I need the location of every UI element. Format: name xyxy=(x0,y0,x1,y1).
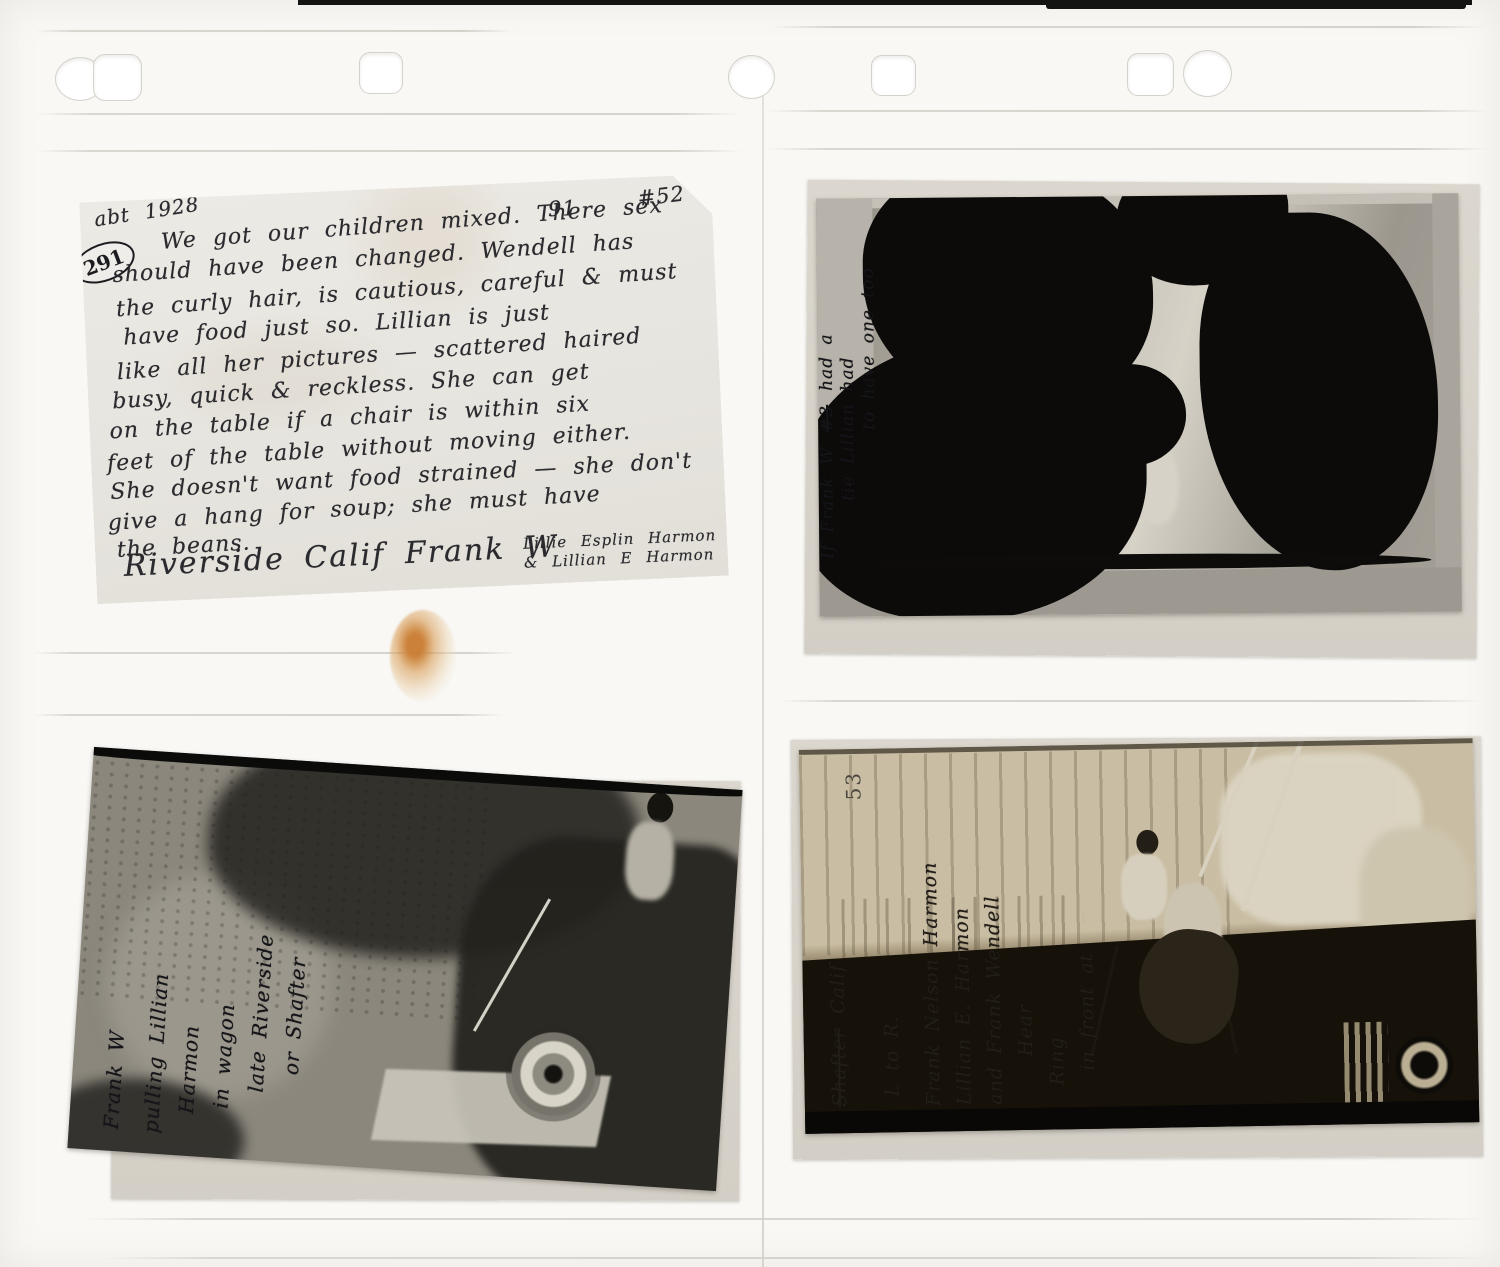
caption-line: Ring xyxy=(1046,1036,1069,1085)
binder-punch-hole xyxy=(1183,50,1232,97)
caption-line: L to R. xyxy=(880,1015,903,1096)
sleeve-weld-line xyxy=(780,700,1480,702)
sleeve-weld-line xyxy=(766,110,1490,112)
caption-line: Frank Nelson Harmon xyxy=(919,861,945,1106)
sleeve-weld-line xyxy=(33,714,503,716)
photo-bottom-left: Frank Wpulling LillianHarmonin wagonlate… xyxy=(67,747,742,1191)
rust-stain xyxy=(390,610,456,702)
binder-punch-hole xyxy=(93,54,142,101)
photo-caption-rotated: Frank Wpulling LillianHarmonin wagonlate… xyxy=(98,763,372,1151)
caption-line: Frank W xyxy=(99,1029,130,1130)
note-date: abt 1928 xyxy=(92,192,200,232)
photo-caption-rotated: If Frank W#3had a tie Lillian had to hav… xyxy=(818,206,877,558)
page-seam xyxy=(762,88,764,1267)
tricycle-slats xyxy=(1344,1022,1389,1109)
binder-punch-hole xyxy=(359,52,403,94)
binder-punch-hole xyxy=(728,55,775,99)
album-scan-page: abt 1928 91 #52 291 We got our children … xyxy=(0,0,1500,1267)
emulsion-damage-blob xyxy=(1198,211,1439,571)
figure-head xyxy=(646,792,674,824)
sleeve-weld-line xyxy=(35,150,743,152)
emulsion-damage-blob xyxy=(1074,364,1187,467)
binder-punch-hole xyxy=(871,55,916,96)
caption-line: to have one too xyxy=(858,268,879,431)
caption-line: Harmon xyxy=(174,1024,204,1114)
sleeve-weld-line xyxy=(35,113,741,115)
photo-top-right: If Frank W#3had a tie Lillian had to hav… xyxy=(816,193,1462,617)
top-edge-bar-right xyxy=(1046,0,1466,9)
sleeve-weld-line xyxy=(770,26,1486,28)
struck-number: #3 xyxy=(817,405,837,432)
caption-line: Lillian E. Harmon xyxy=(950,907,975,1106)
binder-punch-hole xyxy=(1127,53,1174,96)
caption-line: and Frank Wendell xyxy=(981,895,1007,1105)
photo-caption-rotated: ShafterCalif L to R. Frank Nelson Harmon… xyxy=(823,749,1229,1108)
note-names: Lillie Esplin Harmon & Lillian E Harmon xyxy=(523,526,718,573)
caption-line: late Riverside xyxy=(244,933,278,1093)
sleeve-weld-line xyxy=(768,148,1488,150)
sleeve-weld-line xyxy=(35,30,513,32)
sleeve-weld-line xyxy=(85,1218,1487,1220)
caption-line: or Shafter xyxy=(279,956,311,1076)
caption-line: in front at xyxy=(1075,953,1099,1071)
sleeve-weld-line xyxy=(105,1257,1487,1259)
caption-line: tie Lillian had xyxy=(838,356,859,500)
caption-line: in wagon xyxy=(208,1002,239,1109)
struck-place-name: Shafter xyxy=(828,1028,851,1107)
caption-line: ShafterCalif xyxy=(826,964,850,1107)
photo-bottom-right: 53 ShafterCalif L to R. Frank Nelson Har… xyxy=(799,738,1480,1134)
caption-line: If Frank W#3had a xyxy=(816,333,838,558)
caption-line: pulling Lillian xyxy=(139,972,174,1134)
note-card: abt 1928 91 #52 291 We got our children … xyxy=(79,174,729,604)
caption-line: Hear xyxy=(1014,1004,1037,1057)
